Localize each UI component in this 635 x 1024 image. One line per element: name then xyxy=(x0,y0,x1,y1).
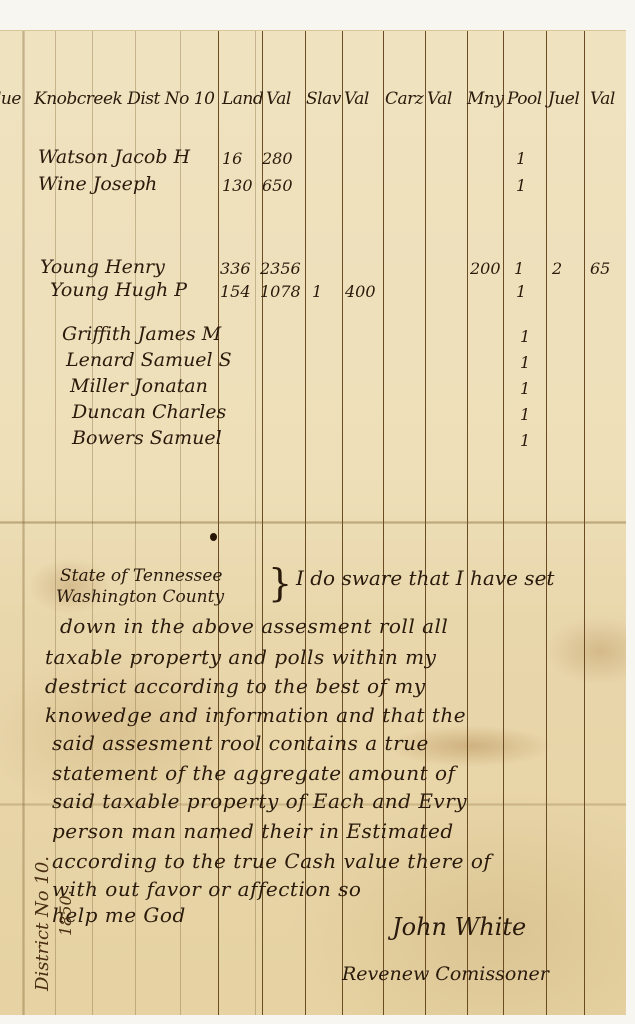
header-left-fragment: lue xyxy=(0,89,21,109)
header-col-money: Mny xyxy=(467,89,503,109)
header-col-poll: Pool xyxy=(507,89,542,109)
land-value: 1078 xyxy=(260,282,301,301)
assessment-roll-page: lue Knobcreek Dist No 10 Land Val Slav V… xyxy=(0,30,626,1015)
oath-line: person man named their in Estimated xyxy=(52,819,454,843)
header-col-slave-val: Val xyxy=(344,89,369,109)
taxpayer-name: Young Hugh P xyxy=(50,279,187,301)
header-col-land: Land xyxy=(222,89,263,109)
margin-note-year: 1850. xyxy=(56,890,75,936)
taxpayer-name: Miller Jonatan xyxy=(70,375,208,397)
header-col-carriages: Carz xyxy=(385,89,423,109)
oath-line: I do sware that I have set xyxy=(296,566,554,590)
taxpayer-name: Young Henry xyxy=(40,256,165,278)
slave-value: 400 xyxy=(345,282,376,301)
land-acres: 130 xyxy=(222,176,253,195)
jewel-value: 65 xyxy=(590,259,610,278)
poll: 1 xyxy=(520,353,530,372)
oath-line: taxable property and polls within my xyxy=(45,645,436,669)
land-value: 280 xyxy=(262,149,293,168)
taxpayer-name: Wine Joseph xyxy=(38,173,157,195)
poll: 1 xyxy=(520,379,530,398)
oath-line: said taxable property of Each and Evry xyxy=(52,789,467,813)
land-value: 2356 xyxy=(260,259,301,278)
header-col-carriage-val: Val xyxy=(427,89,452,109)
paper-fold-horizontal xyxy=(0,521,626,524)
taxpayer-name: Bowers Samuel xyxy=(72,427,222,449)
oath-line: with out favor or affection so xyxy=(52,877,361,901)
poll: 1 xyxy=(516,282,526,301)
poll: 1 xyxy=(520,405,530,424)
signature-title: Revenew Comissoner xyxy=(342,963,549,985)
header-col-land-val: Val xyxy=(266,89,291,109)
land-value: 650 xyxy=(262,176,293,195)
header-col-jewel: Juel xyxy=(548,89,579,109)
taxpayer-name: Watson Jacob H xyxy=(38,146,190,168)
oath-venue-state: State of Tennessee xyxy=(60,566,222,586)
slave-count: 1 xyxy=(312,282,322,301)
poll: 1 xyxy=(520,431,530,450)
taxpayer-name: Duncan Charles xyxy=(72,401,226,423)
poll: 1 xyxy=(516,176,526,195)
oath-line: statement of the aggregate amount of xyxy=(52,761,456,785)
header-col-jewel-val: Val xyxy=(590,89,615,109)
jewel-count: 2 xyxy=(552,259,562,278)
poll: 1 xyxy=(520,327,530,346)
oath-line: knowedge and information and that the xyxy=(45,703,466,727)
oath-line: said assesment rool contains a true xyxy=(52,731,429,755)
margin-note-district: District No 10. xyxy=(32,856,53,991)
signature: John White xyxy=(392,913,526,941)
land-acres: 16 xyxy=(222,149,242,168)
poll: 1 xyxy=(516,149,526,168)
header-district: Knobcreek Dist No 10 xyxy=(34,89,214,109)
oath-venue-county: Washington County xyxy=(56,587,224,607)
taxpayer-name: Lenard Samuel S xyxy=(66,349,232,371)
oath-line: destrict according to the best of my xyxy=(45,674,426,698)
money: 200 xyxy=(470,259,501,278)
poll: 1 xyxy=(514,259,524,278)
oath-brace: } xyxy=(268,561,292,605)
land-acres: 336 xyxy=(220,259,251,278)
header-col-slaves: Slav xyxy=(306,89,341,109)
taxpayer-name: Griffith James M xyxy=(62,323,221,345)
land-acres: 154 xyxy=(220,282,251,301)
oath-line: according to the true Cash value there o… xyxy=(52,849,491,873)
oath-line: down in the above assesment roll all xyxy=(60,614,448,638)
ink-blot xyxy=(210,533,217,541)
